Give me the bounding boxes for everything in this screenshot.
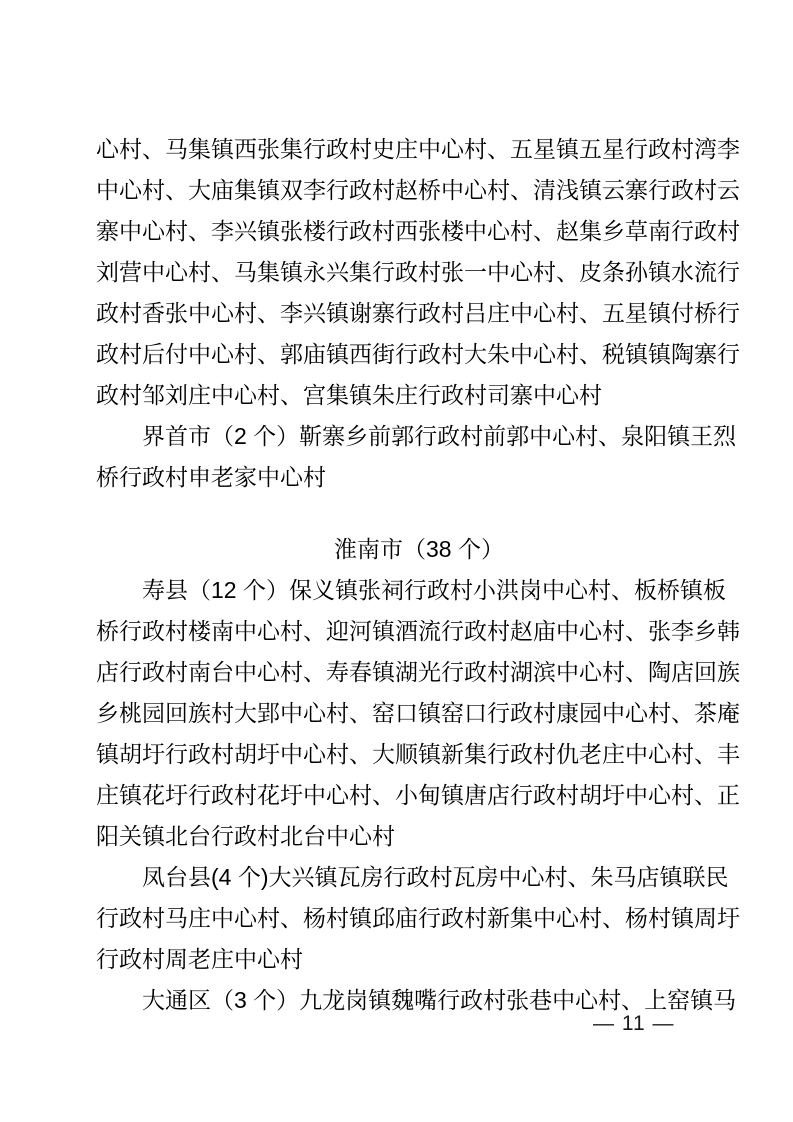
body-line: 政村香张中心村、李兴镇谢寨行政村吕庄中心村、五星镇付桥行	[96, 293, 742, 334]
body-line: 行政村周老庄中心村	[96, 939, 742, 980]
page-number: — 11 —	[593, 1012, 674, 1036]
paragraph-start-fengtai-county: 凤台县(4 个)大兴镇瓦房行政村瓦房中心村、朱马店镇联民	[96, 857, 742, 898]
section-gap	[96, 498, 742, 529]
body-line: 桥行政村申老家中心村	[96, 457, 742, 498]
paragraph-start-shou-county: 寿县（12 个）保义镇张祠行政村小洪岗中心村、板桥镇板	[96, 570, 742, 611]
body-line: 桥行政村楼南中心村、迎河镇酒流行政村赵庙中心村、张李乡韩	[96, 611, 742, 652]
body-line: 政村邹刘庄中心村、宫集镇朱庄行政村司寨中心村	[96, 375, 742, 416]
body-line: 中心村、大庙集镇双李行政村赵桥中心村、清浅镇云寨行政村云	[96, 170, 742, 211]
body-line: 乡桃园回族村大郢中心村、窑口镇窑口行政村康园中心村、茶庵	[96, 693, 742, 734]
body-line: 庄镇花圩行政村花圩中心村、小甸镇唐店行政村胡圩中心村、正	[96, 775, 742, 816]
body-line: 行政村马庄中心村、杨村镇邱庙行政村新集中心村、杨村镇周圩	[96, 898, 742, 939]
body-line: 政村后付中心村、郭庙镇西街行政村大朱中心村、税镇镇陶寨行	[96, 334, 742, 375]
section-heading-huainan-city: 淮南市（38 个）	[96, 529, 742, 570]
paragraph-start-jieshou-city: 界首市（2 个）靳寨乡前郭行政村前郭中心村、泉阳镇王烈	[96, 416, 742, 457]
body-line: 寨中心村、李兴镇张楼行政村西张楼中心村、赵集乡草南行政村	[96, 211, 742, 252]
body-line: 店行政村南台中心村、寿春镇湖光行政村湖滨中心村、陶店回族	[96, 652, 742, 693]
body-line: 镇胡圩行政村胡圩中心村、大顺镇新集行政村仇老庄中心村、丰	[96, 734, 742, 775]
document-page: 心村、马集镇西张集行政村史庄中心村、五星镇五星行政村湾李 中心村、大庙集镇双李行…	[0, 0, 793, 1122]
document-body: 心村、马集镇西张集行政村史庄中心村、五星镇五星行政村湾李 中心村、大庙集镇双李行…	[96, 129, 742, 1021]
body-line: 阳关镇北台行政村北台中心村	[96, 816, 742, 857]
body-line: 心村、马集镇西张集行政村史庄中心村、五星镇五星行政村湾李	[96, 129, 742, 170]
body-line: 刘营中心村、马集镇永兴集行政村张一中心村、皮条孙镇水流行	[96, 252, 742, 293]
